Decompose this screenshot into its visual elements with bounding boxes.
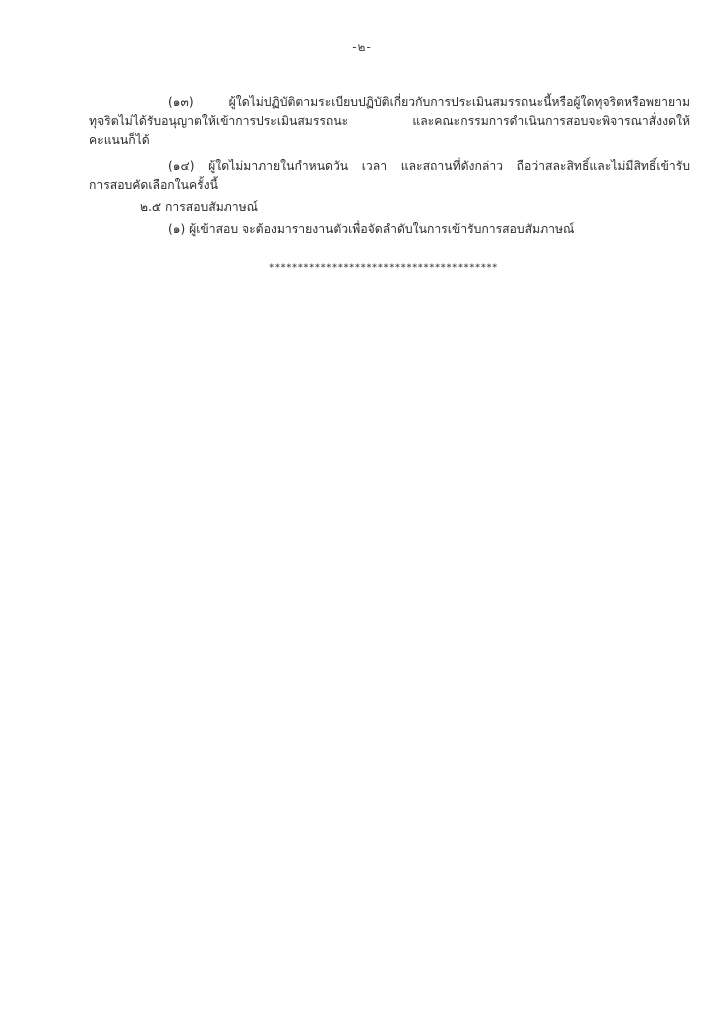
section-heading: ๒.๕ การสอบสัมภาษณ์ bbox=[140, 199, 258, 215]
item-14-line-1: (๑๔) ผู้ใดไม่มาภายในกำหนดวัน เวลา และสถา… bbox=[168, 158, 690, 174]
section-item-1: (๑) ผู้เข้าสอบ จะต้องมารายงานตัวเพื่อจัด… bbox=[168, 221, 574, 237]
item-14-line-2: การสอบคัดเลือกในครั้งนี้ bbox=[89, 177, 218, 193]
item-13-line-1: (๑๓) ผู้ใดไม่ปฏิบัติตามระเบียบปฏิบัติเกี… bbox=[168, 94, 690, 110]
item-13-line-2: ทุจริตไม่ได้รับอนุญาตให้เข้าการประเมินสม… bbox=[89, 113, 690, 129]
page-number: -๒- bbox=[0, 38, 724, 57]
end-marker: **************************************** bbox=[269, 263, 498, 273]
document-page: -๒- (๑๓) ผู้ใดไม่ปฏิบัติตามระเบียบปฏิบัต… bbox=[0, 0, 724, 1024]
item-13-line-3: คะแนนก็ได้ bbox=[89, 132, 150, 148]
